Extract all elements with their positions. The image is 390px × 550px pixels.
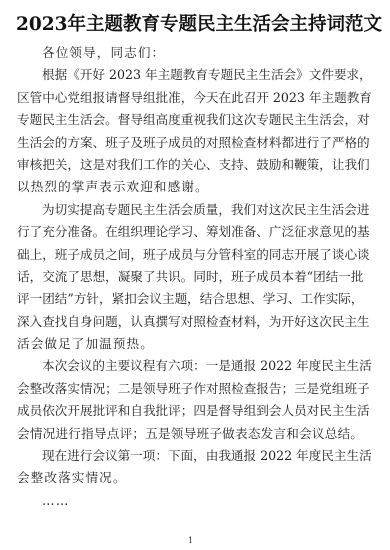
text-line: 专题民主生活会。督导组高度重视我们这次专题民主生活会，对 [17,109,363,131]
text-line: 活会做足了加温预热。 [17,333,363,355]
text-line: …… [17,490,363,512]
text-line: 评一团结”方针，紧扣会议主题，结合思想、学习、工作实际， [17,288,363,310]
text-line: 会整改落实情况。 [17,467,363,489]
document-body: 各位领导，同志们：根据《开好 2023 年主题教育专题民主生活会》文件要求，区管… [17,42,363,512]
page-number: 1 [188,536,193,545]
text-line: 会整改落实情况；二是领导班子作对照检查报告；三是党组班子 [17,378,363,400]
text-line: 审核把关，这是对我们工作的关心、支持、鼓励和鞭策，让我们 [17,154,363,176]
text-line: 深入查找自身问题，认真撰写对照检查材料，为开好这次民主生 [17,311,363,333]
text-line: 础上，班子成员之间，班子成员与分管科室的同志开展了谈心谈 [17,244,363,266]
document-title: 2023年主题教育专题民主生活会主持词范文 [16,10,382,36]
text-line: 行了充分准备。在组织理论学习、筹划准备、广泛征求意见的基 [17,221,363,243]
text-line: 本次会议的主要议程有六项：一是通报 2022 年度民主生活 [17,355,363,377]
text-line: 会情况进行指导点评；五是领导班子做表态发言和会议总结。 [17,423,363,445]
text-line: 根据《开好 2023 年主题教育专题民主生活会》文件要求， [17,64,363,86]
text-line: 为切实提高专题民主生活会质量，我们对这次民主生活会进 [17,199,363,221]
text-line: 区管中心党组报请督导组批准，今天在此召开 2023 年主题教育 [17,87,363,109]
text-line: 以热烈的掌声表示欢迎和感谢。 [17,176,363,198]
text-line: 成员依次开展批评和自我批评；四是督导组到会人员对民主生活 [17,400,363,422]
text-line: 现在进行会议第一项：下面，由我通报 2022 年度民主生活 [17,445,363,467]
text-line: 话，交流了思想，凝聚了共识。同时，班子成员本着“团结一批 [17,266,363,288]
text-line: 各位领导，同志们： [17,42,363,64]
text-line: 生活会的方案、班子及班子成员的对照检查材料都进行了严格的 [17,132,363,154]
